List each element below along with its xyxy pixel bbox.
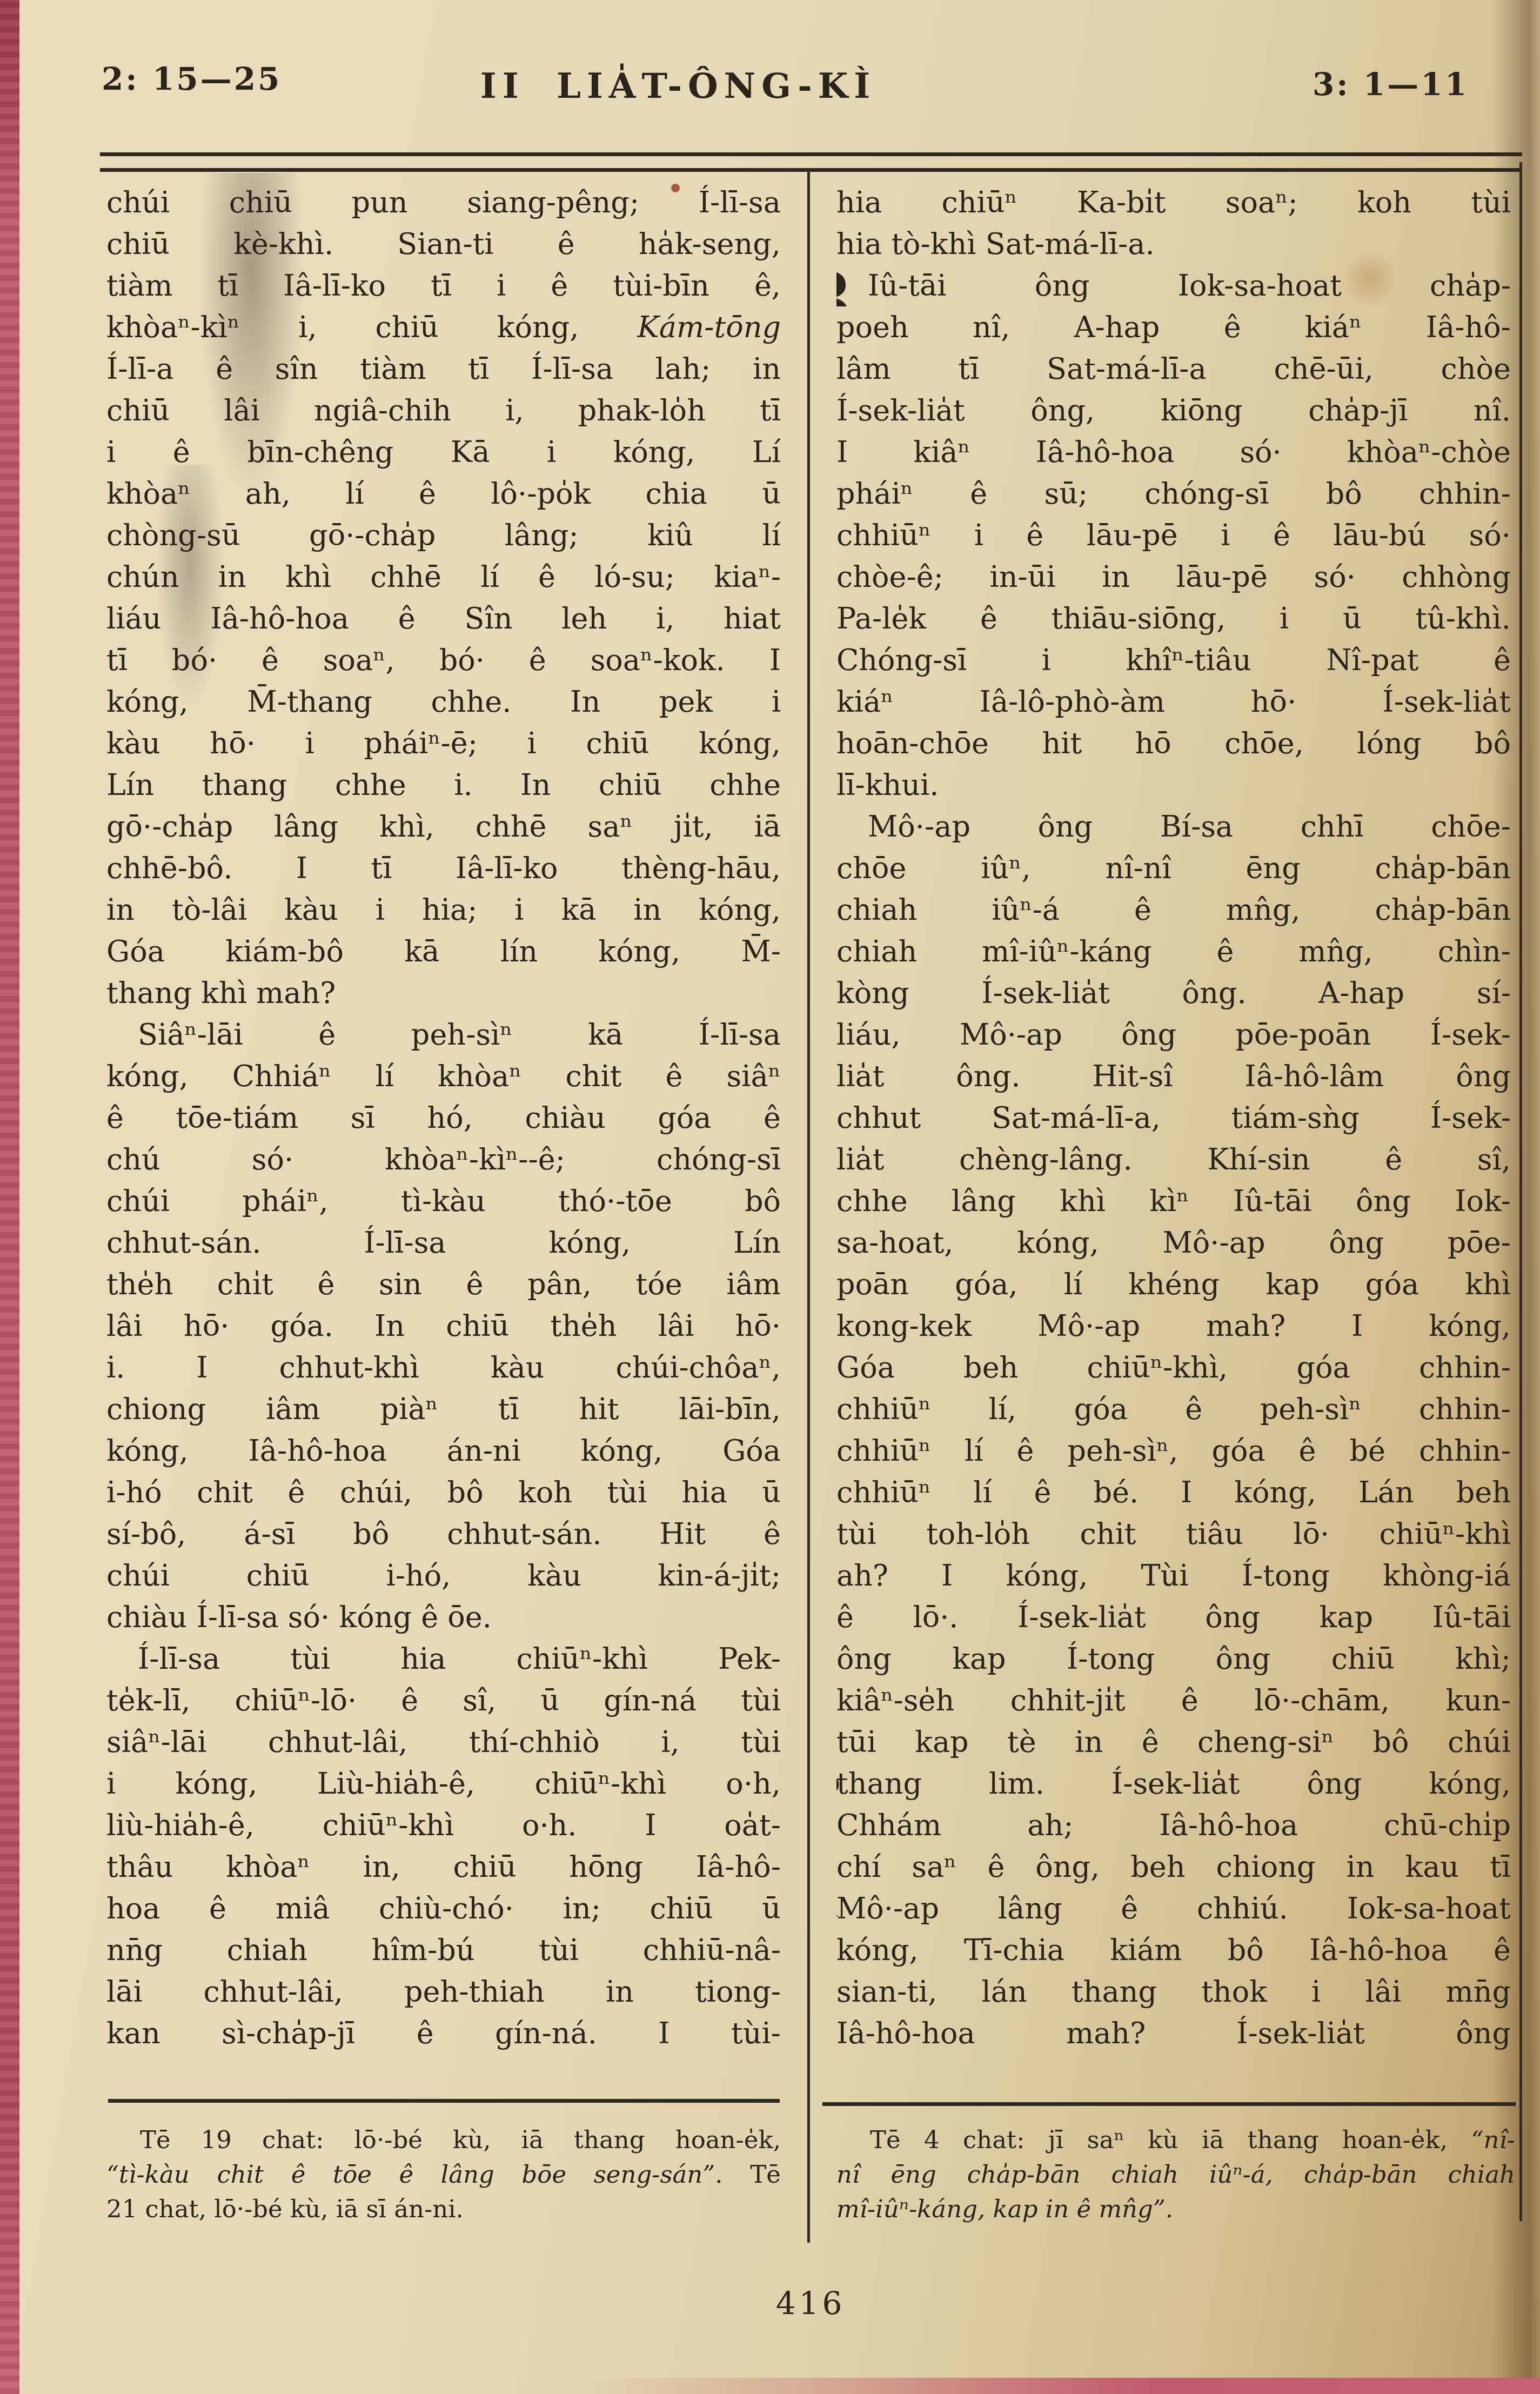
text-line: 5kòng Í-sek-lia̍t ông. A-hap sí- — [836, 972, 1511, 1014]
text-line: 10thang lim. Í-sek-lia̍t ông kóng, — [836, 1763, 1511, 1804]
text-line: hia tò-khì Sat-má-lī-a. — [836, 223, 1511, 265]
text-line: 17kóng, M̄-thang chhe. In pek i — [106, 681, 781, 723]
text-line: mî-iûⁿ-káng, kap in ê mn̂g”. — [836, 2192, 1515, 2226]
footnote-rule-left — [108, 2099, 780, 2103]
text-line: 9ê lō·. Í-sek-lia̍t ông kap Iû-tāi — [836, 1596, 1511, 1638]
text-line: Chhám ah; Iâ-hô-hoa chū-chi̍p — [836, 1804, 1511, 1846]
text-line: kong-kek Mô·-ap mah? I kóng, — [836, 1305, 1511, 1347]
text-line: tùi toh-lo̍h chit tiâu lō· chiūⁿ-khì — [836, 1513, 1511, 1555]
text-line: 7lia̍t chèng-lâng. Khí-sin ê sî, — [836, 1139, 1511, 1180]
text-line: chiàu Í-lī-sa só· kóng ê ōe. — [106, 1596, 781, 1638]
text-line: khòaⁿ ah, lí ê lô·-po̍k chia ū — [106, 473, 781, 514]
text-line: chún in khì chhē lí ê ló-su; kiaⁿ- — [106, 556, 781, 598]
text-line: lāi chhut-lâi, peh-thiah in tiong- — [106, 1971, 781, 2012]
text-line: in tò-lâi kàu i hia; i kā in kóng, — [106, 889, 781, 931]
text-line: Í-sek-lia̍t ông, kiōng cha̍p-jī nî. — [836, 390, 1511, 431]
text-line: chí saⁿ ê ông, beh chiong in kau tī — [836, 1846, 1511, 1888]
text-line: 4Mô·-ap ông Bí-sa chhī chōe- — [836, 806, 1511, 847]
text-line: lâm tī Sat-má-lī-a chē-ūi, chòe — [836, 348, 1511, 390]
text-line: chōe iûⁿ, nî-nî ēng cha̍p-bān — [836, 847, 1511, 889]
text-line: 3Chóng-sī i khîⁿ-tiâu Nî-pat ê — [836, 639, 1511, 681]
text-line: 21 chat, lō·-bé kù, iā sī án-ni. — [106, 2192, 781, 2226]
text-line: hoān-chōe hit hō chōe, lóng bô — [836, 723, 1511, 764]
text-line: sian-ti, lán thang thok i lâi mn̄g — [836, 1971, 1511, 2012]
text-line: chiong iâm piàⁿ tī hit lāi-bīn, — [106, 1388, 781, 1430]
header-rule — [100, 152, 1522, 172]
text-line: 8chhiūⁿ lí ê bé. I kóng, Lán beh — [836, 1472, 1511, 1513]
text-line: liáu Iâ-hô-hoa ê Sîn leh i, hiat — [106, 598, 781, 639]
text-line: Iâ-hô-hoa mah? Í-sek-lia̍t ông — [836, 2012, 1511, 2054]
text-line: chhiūⁿ lí, góa ê peh-sìⁿ chhin- — [836, 1388, 1511, 1430]
text-line: 25kan sì-cha̍p-jī ê gín-ná. I tùi- — [106, 2012, 781, 2054]
text-line: 23Í-lī-sa tùi hia chiūⁿ-khì Pek- — [106, 1638, 781, 1680]
header-verse-range-right: 3: 1—11 — [1313, 66, 1469, 103]
text-line: kiâⁿ-se̍h chhit-ji̍t ê lō·-chām, kun- — [836, 1680, 1511, 1721]
text-line: kiáⁿ Iâ-lô-phò-àm hō· Í-sek-lia̍t — [836, 681, 1511, 723]
text-line: thâu khòaⁿ in, chiū hōng Iâ-hô- — [106, 1846, 781, 1888]
text-line: hoa ê miâ chiù-chó· in; chiū ū — [106, 1888, 781, 1929]
text-line: kàu hō· i pháiⁿ-ē; i chiū kóng, — [106, 723, 781, 764]
text-line: hia chiūⁿ Ka-bi̍t soaⁿ; koh tùi — [836, 182, 1511, 223]
text-line: 24liù-hia̍h-ê, chiūⁿ-khì o·h. I oa̍t- — [106, 1804, 781, 1846]
text-line: lâi hō· góa. In chiū the̍h lâi hō· — [106, 1305, 781, 1347]
text-line: 22sí-bô, á-sī bô chhut-sán. Hit ê — [106, 1513, 781, 1555]
text-line: liáu, Mô·-ap ông pōe-poān Í-sek- — [836, 1014, 1511, 1055]
text-line: ông kap Í-tong ông chiū khì; — [836, 1638, 1511, 1680]
scanned-book-page: 2: 15—25 II LIA̍T-ÔNG-KÌ 3: 1—11 chúi ch… — [0, 0, 1540, 2394]
text-line: chhut Sat-má-lī-a, tiám-sǹg Í-sek- — [836, 1097, 1511, 1139]
text-line: chú só· khòaⁿ-kìⁿ--ê; chóng-sī — [106, 1139, 781, 1180]
text-line: Góa beh chiūⁿ-khì, góa chhin- — [836, 1347, 1511, 1388]
text-line: khòaⁿ-kìⁿ i, chiū kóng, Kám-tōng — [106, 306, 781, 348]
column-divider-rule — [807, 169, 810, 2243]
text-line: 21i. I chhut-khì kàu chúi-chôaⁿ, — [106, 1347, 781, 1388]
text-line: 20chhut-sán. Í-lī-sa kóng, Lín — [106, 1222, 781, 1263]
page-title: II LIA̍T-ÔNG-KÌ — [335, 66, 1021, 106]
text-line: siâⁿ-lāi chhut-lâi, thí-chhiò i, tùi — [106, 1721, 781, 1763]
text-line: sa-hoat, kóng, Mô·-ap ông pōe- — [836, 1222, 1511, 1263]
bottom-page-edge — [0, 2378, 1540, 2394]
text-line: 19Siâⁿ-lāi ê peh-sìⁿ kā Í-lī-sa — [106, 1014, 781, 1055]
text-line: kóng, Tī-chia kiám bô Iâ-hô-hoa ê — [836, 1929, 1511, 1971]
chapter-number: 3 — [836, 265, 853, 306]
text-line: 6lia̍t ông. Hit-sî Iâ-hô-lâm ông — [836, 1055, 1511, 1097]
page-number: 416 — [103, 2285, 1518, 2322]
text-line: nî ēng cha̍p-bān chiah iûⁿ-á, cha̍p-bān … — [836, 2157, 1515, 2192]
text-line: chiū lâi ngiâ-chih i, phak-lo̍h tī — [106, 390, 781, 431]
text-line: i kóng, Liù-hia̍h-ê, chiūⁿ-khì o·h, — [106, 1763, 781, 1804]
header-verse-range-left: 2: 15—25 — [102, 61, 282, 97]
text-line: chúi pháiⁿ, tì-kàu thó·-tōe bô — [106, 1180, 781, 1222]
text-line: lī-khui. — [836, 764, 1511, 806]
text-line: Í-lī-a ê sîn tiàm tī Í-lī-sa lah; in — [106, 348, 781, 390]
text-line: Pa-le̍k ê thiāu-siōng, i ū tû-khì. — [836, 598, 1511, 639]
right-border-rule — [1519, 162, 1522, 2221]
text-line: 3Iû-tāi ông Iok-sa-hoat cha̍p- — [836, 265, 1511, 306]
text-line: 11Mô·-ap lâng ê chhiú. Iok-sa-hoat — [836, 1888, 1511, 1929]
verse-number: 10 — [836, 1764, 840, 1804]
text-line: i-hó chit ê chúi, bô koh tùi hia ū — [106, 1472, 781, 1513]
text-line: tī bó· ê soaⁿ, bó· ê soaⁿ-kok. I — [106, 639, 781, 681]
text-line: “tì-kàu chit ê tōe ê lâng bōe seng-sán”.… — [106, 2157, 781, 2192]
text-line: 2I kiâⁿ Iâ-hô-hoa só· khòaⁿ-chòe — [836, 431, 1511, 473]
text-line: nn̄g chiah hîm-bú tùi chhiū-nâ- — [106, 1929, 781, 1971]
text-line: chhe lâng khì kìⁿ Iû-tāi ông Iok- — [836, 1180, 1511, 1222]
text-line: the̍h chi̍t ê sin ê pân, tóe iâm — [106, 1263, 781, 1305]
text-line: Lín thang chhe i. In chiū chhe — [106, 764, 781, 806]
text-line: te̍k-lī, chiūⁿ-lō· ê sî, ū gín-ná tùi — [106, 1680, 781, 1721]
text-line: poān góa, lí khéng kap góa khì — [836, 1263, 1511, 1305]
text-line: Góa kiám-bô kā lín kóng, M̄- — [106, 931, 781, 972]
text-line: Tē 4 chat: jī saⁿ kù iā thang hoan-e̍k, … — [836, 2123, 1515, 2157]
left-column: chúi chiū pun siang-pêng; Í-lī-sa15chiū … — [106, 182, 781, 2054]
text-line: tūi kap tè in ê cheng-siⁿ bô chúi — [836, 1721, 1511, 1763]
book-spine-edge — [0, 0, 19, 2394]
text-line: ê tōe-tiám sī hó, chiàu góa ê — [106, 1097, 781, 1139]
text-line: chhiūⁿ lí ê peh-sìⁿ, góa ê bé chhin- — [836, 1430, 1511, 1472]
text-line: 18chhē-bô. I tī Iâ-lī-ko thèng-hāu, — [106, 847, 781, 889]
text-line: chiah iûⁿ-á ê mn̂g, cha̍p-bān — [836, 889, 1511, 931]
footnote-rule-right — [822, 2102, 1516, 2106]
text-line: chúi chiū i-hó, kàu kin-á-ji̍t; — [106, 1555, 781, 1596]
text-line: Tē 19 chat: lō·-bé kù, iā thang hoan-e̍k… — [106, 2123, 781, 2157]
text-line: chòng-sū gō·-cha̍p lâng; kiû lí — [106, 514, 781, 556]
text-line: chhiūⁿ i ê lāu-pē i ê lāu-bú só· — [836, 514, 1511, 556]
text-line: chiah mî-iûⁿ-káng ê mn̂g, chìn- — [836, 931, 1511, 972]
text-line: pháiⁿ ê sū; chóng-sī bô chhin- — [836, 473, 1511, 514]
text-line: kóng, Chhiáⁿ lí khòaⁿ chit ê siâⁿ — [106, 1055, 781, 1097]
footnote-right: Tē 4 chat: jī saⁿ kù iā thang hoan-e̍k, … — [836, 2123, 1515, 2226]
text-line: chúi chiū pun siang-pêng; Í-lī-sa — [106, 182, 781, 223]
text-line: tiàm tī Iâ-lī-ko tī i ê tùi-bīn ê, — [106, 265, 781, 306]
footnote-left: Tē 19 chat: lō·-bé kù, iā thang hoan-e̍k… — [106, 2123, 781, 2226]
text-line: thang khì mah? — [106, 972, 781, 1014]
text-line: chòe-ê; in-ūi in lāu-pē só· chhòng — [836, 556, 1511, 598]
right-column: hia chiūⁿ Ka-bi̍t soaⁿ; koh tùihia tò-kh… — [836, 182, 1511, 2054]
text-line: 16i ê bīn-chêng Kā i kóng, Lí — [106, 431, 781, 473]
text-line: 15chiū kè-khì. Sian-ti ê ha̍k-seng, — [106, 223, 781, 265]
text-line: ah? I kóng, Tùi Í-tong khòng-iá — [836, 1555, 1511, 1596]
text-line: kóng, Iâ-hô-hoa án-ni kóng, Góa — [106, 1430, 781, 1472]
text-line: gō·-cha̍p lâng khì, chhē saⁿ ji̍t, iā — [106, 806, 781, 847]
verse-number: 11 — [836, 1889, 840, 1929]
text-line: poeh nî, A-hap ê kiáⁿ Iâ-hô- — [836, 306, 1511, 348]
